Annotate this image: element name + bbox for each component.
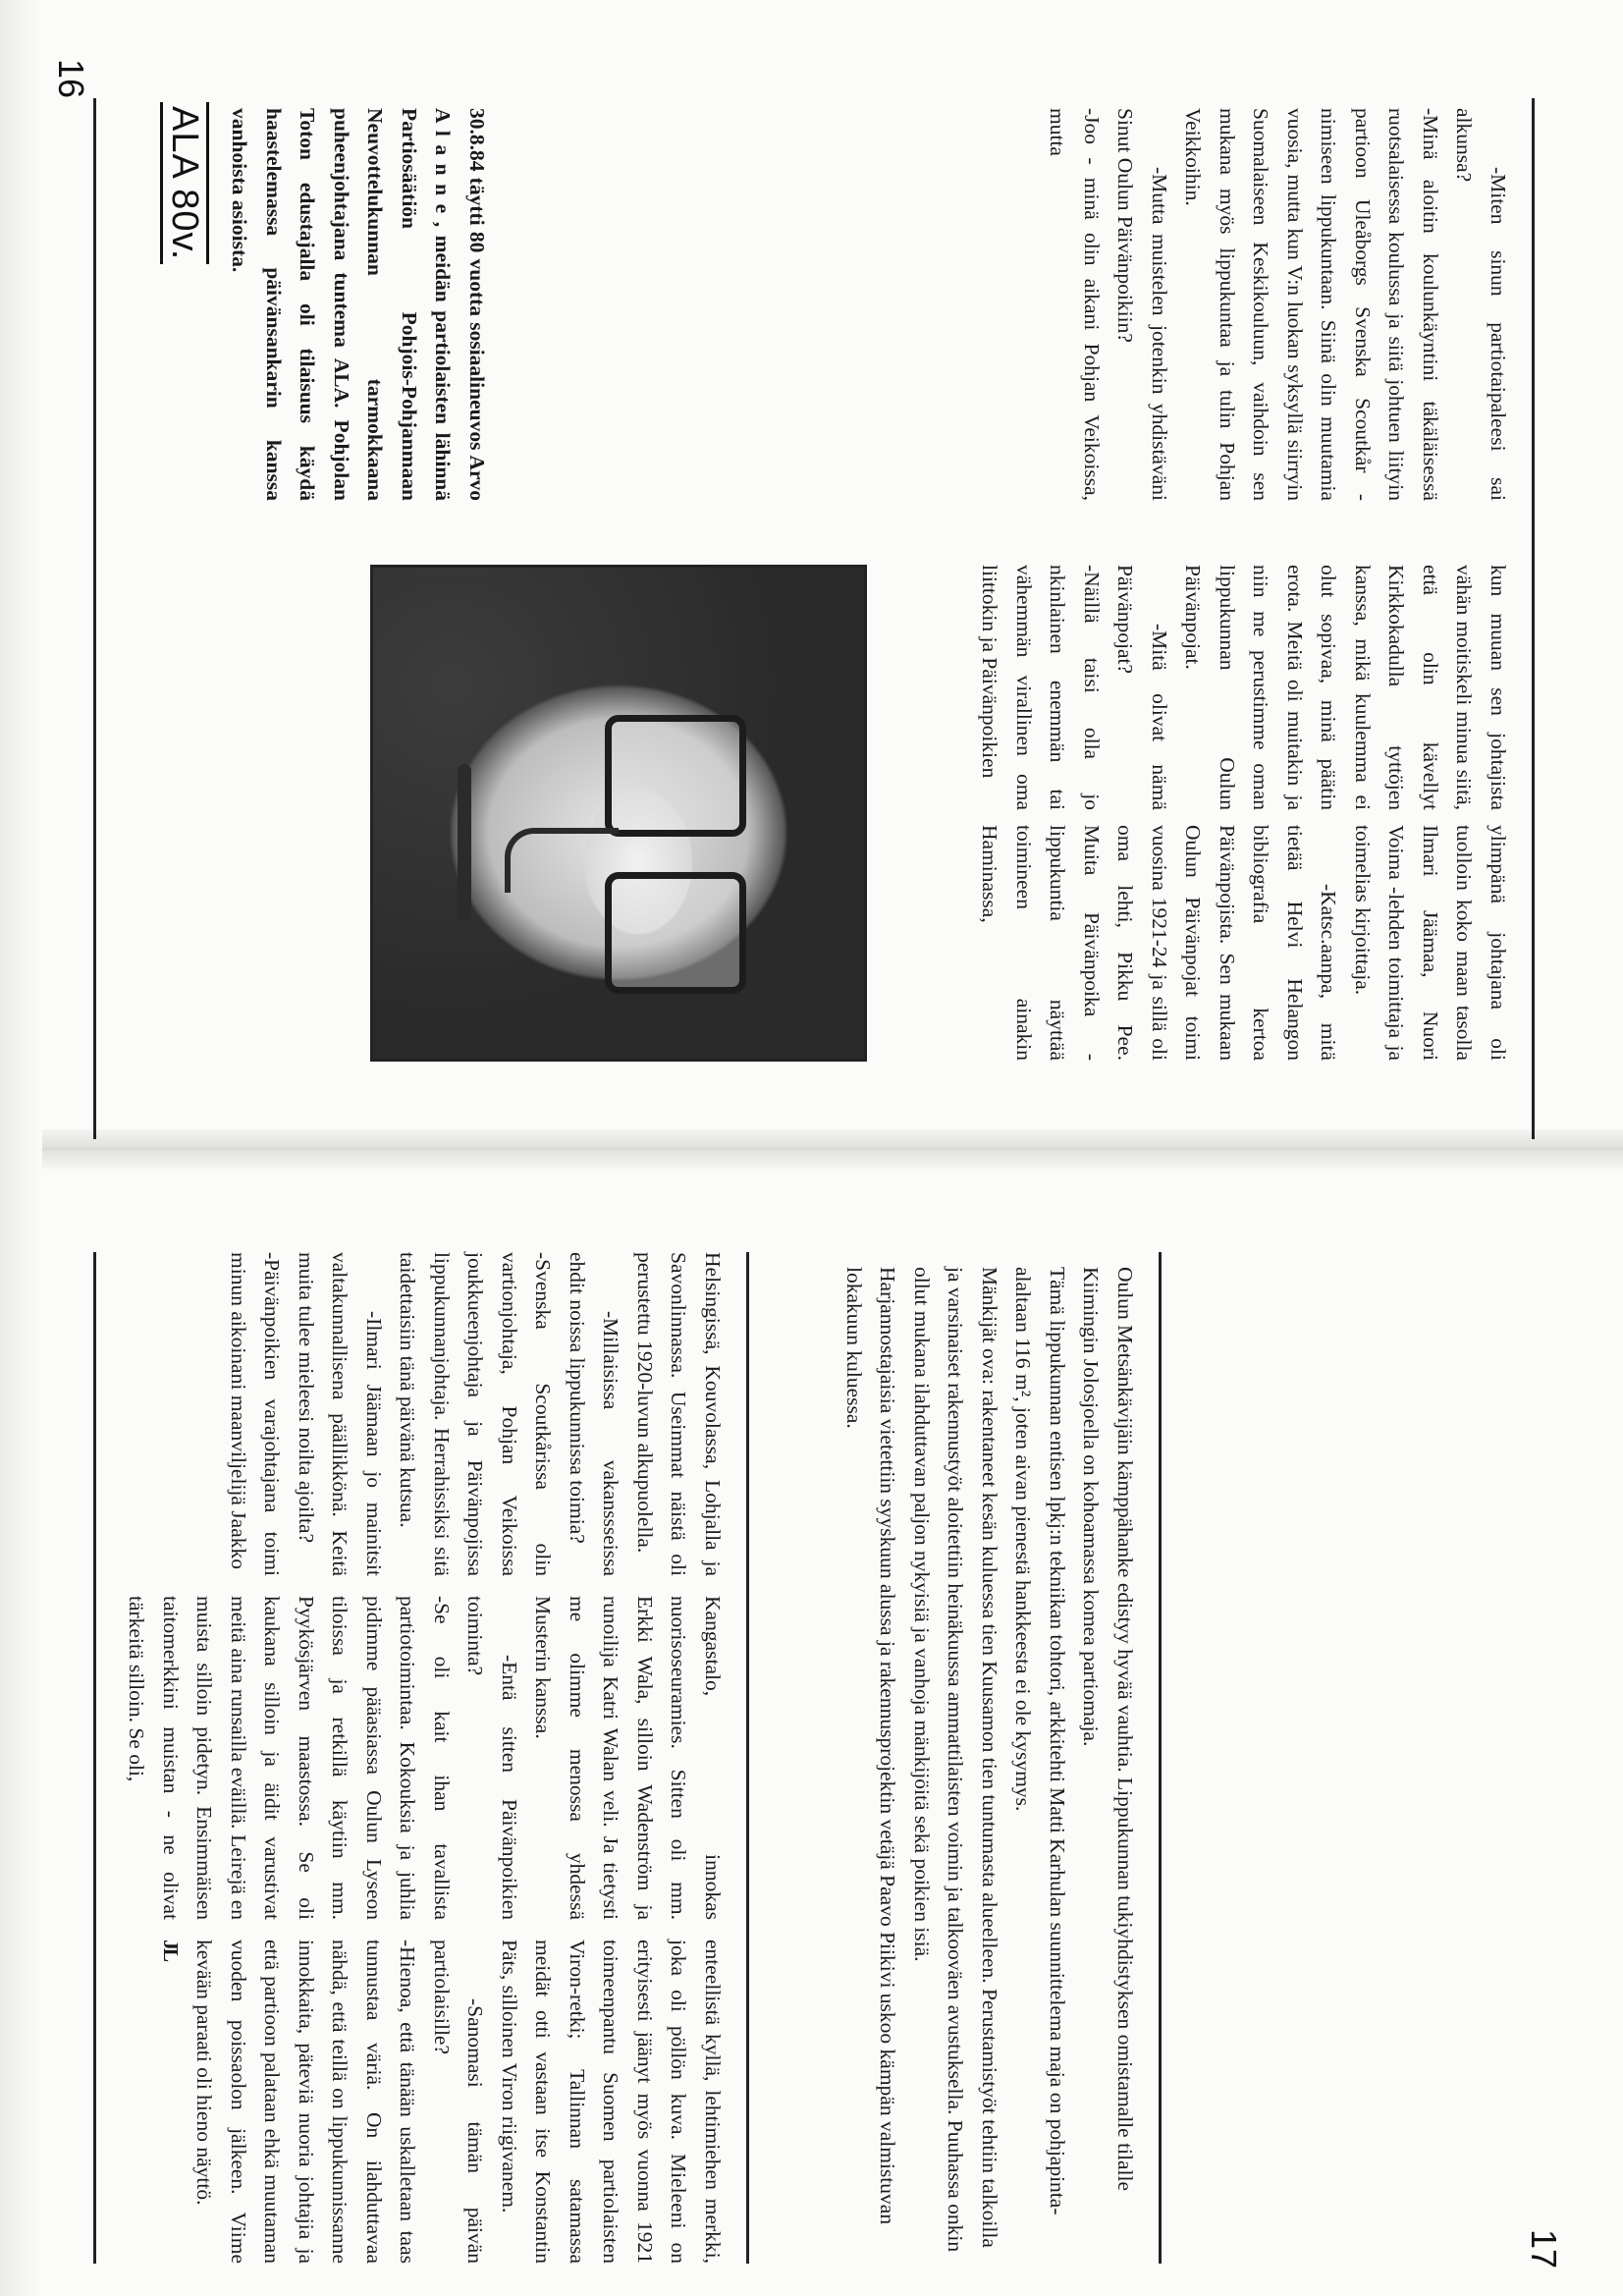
top-rule xyxy=(93,1252,96,2264)
question: -Mitä olivat nämä Päivänpojat? xyxy=(1109,565,1176,810)
face-mouth-shape xyxy=(458,764,471,921)
left-column-1: -Miten sinun partiotaipaleesi sai alkuns… xyxy=(514,108,1515,501)
question: -Sanomasi tämän päivän partiolaisille? xyxy=(425,1940,493,2264)
news-item-cabin: Oulun Metsänkävijäin kämppähanke edistyy… xyxy=(759,1267,1142,2259)
answer: -Minä aloitin koulunkäyntini täkäläisess… xyxy=(1176,108,1447,501)
answer: kun muuan sen johtajista vähän moitiskel… xyxy=(1176,565,1515,810)
page-17: Helsingissä, Kouvolassa, Lohjalla ja Sav… xyxy=(0,1159,1623,2296)
glasses-left-lens-icon xyxy=(605,715,746,837)
author-signature: JL xyxy=(154,1940,189,2264)
question: -Miten sinun partiotaipaleesi sai alkuns… xyxy=(1447,108,1515,501)
page-16: 16 ALA 80v. 30.8.84 täytti 80 vuotta sos… xyxy=(0,0,1623,1139)
interview-end-rule xyxy=(746,1252,749,2264)
question: -Entä sitten Päivänpoikien toiminta? xyxy=(459,1596,526,1920)
left-column-2: kun muuan sen johtajista vähän moitiskel… xyxy=(887,565,1515,810)
answer: enteellistä kyllä, lehtimiehen merkki, j… xyxy=(493,1940,730,2264)
right-column-1: Helsingissä, Kouvolassa, Lohjalla ja Sav… xyxy=(101,1252,730,1576)
news-paragraph: Mänkijät ova: rakentaneet kesän kuluessa… xyxy=(905,1267,1007,2259)
answer: -Päivänpoikien varajohtajana toimi minun… xyxy=(222,1252,290,1576)
page-number: 16 xyxy=(50,59,91,98)
scanned-magazine-spread: 16 ALA 80v. 30.8.84 täytti 80 vuotta sos… xyxy=(0,0,1623,2296)
news-end-rule xyxy=(1159,1252,1162,2264)
right-column-2: Kangastalo, innokas nuorisoseuramies. Si… xyxy=(101,1596,730,1920)
answer: ylimpänä johtajana oli tuolloin koko maa… xyxy=(1346,825,1516,1061)
bottom-rule xyxy=(1532,98,1535,1139)
question: -Ilmari Jäämaan jo mainitsit valtakunnal… xyxy=(290,1252,392,1576)
top-rule xyxy=(93,98,96,1139)
answer: Kangastalo, innokas nuorisoseuramies. Si… xyxy=(526,1596,730,1920)
answer: -Hienoa, että tänään uskalletaan taas tu… xyxy=(188,1940,425,2264)
face-nose-shape xyxy=(505,828,619,893)
answer: -Joo - minä olin aikani Pohjan Veikoissa… xyxy=(1041,108,1109,501)
left-column-3: ylimpänä johtajana oli tuolloin koko maa… xyxy=(887,825,1515,1061)
page-number: 17 xyxy=(1523,2229,1564,2269)
question: -Millaisissa vakanssseissa ehdit noissa … xyxy=(561,1252,628,1576)
article-title: ALA 80v. xyxy=(160,102,209,264)
answer: Helsingissä, Kouvolassa, Lohjalla ja Sav… xyxy=(628,1252,730,1576)
glasses-right-lens-icon xyxy=(605,872,746,994)
article-intro: 30.8.84 täytti 80 vuotta sosiaalineuvos … xyxy=(219,108,494,501)
answer: -Näillä taisi olla jo nkinlainen enemmän… xyxy=(973,565,1109,810)
answer: -Se oli kait ihan tavallista partiotoimi… xyxy=(120,1596,459,1920)
news-paragraph: Tämä lippukunnan entisen lpkj:n tekniika… xyxy=(1006,1267,1074,2259)
portrait-photo xyxy=(370,565,867,1062)
question: -Mutta muistelen jotenkin yhdistäväni Si… xyxy=(1109,108,1176,501)
right-column-3: enteellistä kyllä, lehtimiehen merkki, j… xyxy=(101,1940,730,2264)
news-paragraph: Oulun Metsänkävijäin kämppähanke edistyy… xyxy=(1074,1267,1142,2259)
spread-upright: 16 ALA 80v. 30.8.84 täytti 80 vuotta sos… xyxy=(0,0,1623,2296)
news-paragraph: Harjannostajaisia vietettiin syyskuun al… xyxy=(838,1267,905,2259)
question: -Katsc.aanpa, mitä tietää Helvi Helangon… xyxy=(973,825,1346,1061)
answer: -Svenska Scoutkårissa olin vartionjohtaj… xyxy=(391,1252,561,1576)
intro-paragraph: 30.8.84 täytti 80 vuotta sosiaalineuvos … xyxy=(223,108,494,501)
